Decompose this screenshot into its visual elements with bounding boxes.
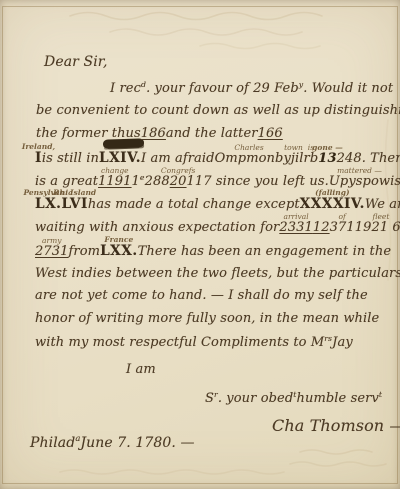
text-segment: We are (365, 197, 400, 212)
text-segment: Cha Thomson — (272, 416, 400, 435)
cipher-token: XXXXIV.(falling) (300, 196, 365, 212)
letter-line: West indies between the two fleets, but … (35, 266, 400, 281)
text-segment: S (205, 391, 214, 406)
text-segment: is in for (390, 174, 400, 189)
text-segment: 12 (313, 220, 330, 235)
interlinear-annotation: Charles (234, 143, 263, 152)
text-segment: from (68, 244, 100, 259)
letter-line: Sr. your obedt humble servt (205, 390, 382, 406)
letter-line: IIreland, is still in LXIV. I am afraid … (35, 150, 400, 166)
letter-line: are not yet come to hand. — I shall do m… (35, 288, 368, 303)
interlinear-annotation: town (284, 143, 303, 152)
text-segment: 13gone — (318, 151, 336, 166)
text-segment: humble serv (297, 391, 379, 406)
letter-line: 2731army from LXX.France There has been … (35, 243, 391, 259)
text-segment: 1921 6rfleet (355, 220, 400, 235)
cipher-token: LXIV. (99, 150, 141, 166)
interlinear-annotation: (falling) (315, 188, 349, 197)
text-segment: Dear Sir, (44, 54, 108, 70)
text-segment: OmpmonbCharles (215, 151, 284, 166)
interlinear-annotation: army (42, 236, 61, 245)
text-segment: yjiltown (283, 151, 303, 166)
interlinear-annotation: Ireland, (22, 142, 55, 151)
text-segment: is still in (42, 151, 99, 166)
text-segment: with my most respectful Compliments to M (35, 335, 324, 350)
letter-line: Cha Thomson — (272, 416, 400, 435)
letter-line: I am (126, 362, 156, 377)
text-segment: West indies between the two fleets, but … (35, 266, 400, 281)
letter-line: be convenient to count down as well as u… (36, 103, 400, 118)
text-segment: rbis (304, 151, 319, 166)
text-segment: 2731army (35, 244, 68, 259)
text-segment: has made a total change except (88, 197, 300, 212)
text-segment: 1191change (98, 174, 131, 189)
text-segment: 1 (132, 174, 140, 189)
text-segment: I rec (110, 81, 141, 96)
text-segment: . your favour of 29 Feb (146, 81, 299, 96)
text-segment: June 7. 1780. — (80, 435, 194, 451)
interlinear-annotation: arrival (284, 212, 309, 221)
text-segment: . your obed (218, 391, 293, 406)
text-segment: I am afraid (141, 151, 215, 166)
letter-line: Dear Sir, (44, 54, 108, 70)
text-segment: rs (324, 334, 332, 343)
text-segment: 186 (141, 126, 166, 141)
letter-line: waiting with anxious expectation for 233… (35, 220, 400, 235)
text-segment: 288 (145, 174, 170, 189)
text-segment: 248. There (337, 151, 400, 166)
letter-line: Philada June 7. 1780. — (30, 433, 195, 451)
interlinear-annotation: mattered — (337, 166, 382, 175)
text-segment: 20Congrefs (170, 174, 187, 189)
letter-line: honor of writing more fully soon, in the… (35, 311, 379, 326)
interlinear-annotation: of (338, 212, 345, 221)
letter-page: Dear Sir,I recd. your favour of 29 Feby.… (0, 0, 400, 489)
text-segment: 2331arrival (279, 220, 312, 235)
letter-line: I recd. your favour of 29 Feby. Would it… (110, 80, 393, 96)
text-segment: the former thus (36, 126, 141, 141)
text-segment: There has been an engagement in the (138, 244, 392, 259)
text-segment: waiting with anxious expectation for (35, 220, 279, 235)
text-segment: are not yet come to hand. — I shall do m… (35, 288, 368, 303)
text-segment: Jay (332, 335, 353, 350)
text-segment: be convenient to count down as well as u… (36, 103, 400, 118)
cipher-token: LXX.France (100, 243, 138, 259)
text-segment: I am (126, 362, 156, 377)
text-segment: t (379, 390, 382, 399)
interlinear-annotation: fleet (372, 212, 389, 221)
letter-line: the former thus 186 and the latter 166 (36, 126, 283, 141)
text-segment: honor of writing more fully soon, in the… (35, 311, 379, 326)
letter-line: is a great 1191change 1e288 20Congrefs 1… (35, 173, 400, 189)
cipher-token: LVIRh. Island (61, 196, 87, 212)
interlinear-annotation: Rh. Island (53, 188, 96, 197)
interlinear-annotation: France (104, 235, 133, 244)
cipher-token: LX.Pensylvania (35, 196, 61, 212)
text-segment: 371of (330, 220, 355, 235)
letter-line: LX.Pensylvania LVIRh. Island has made a … (35, 196, 400, 212)
text-segment: 117 since you left us. (187, 174, 329, 189)
cipher-token: IIreland, (35, 150, 42, 166)
interlinear-annotation: change (101, 166, 129, 175)
text-segment: and the latter (166, 126, 258, 141)
text-segment: 166 (258, 126, 283, 141)
letter-line: with my most respectful Compliments to M… (35, 334, 353, 350)
text-segment: . Would it not (303, 81, 393, 96)
text-segment: Philad (30, 435, 75, 451)
